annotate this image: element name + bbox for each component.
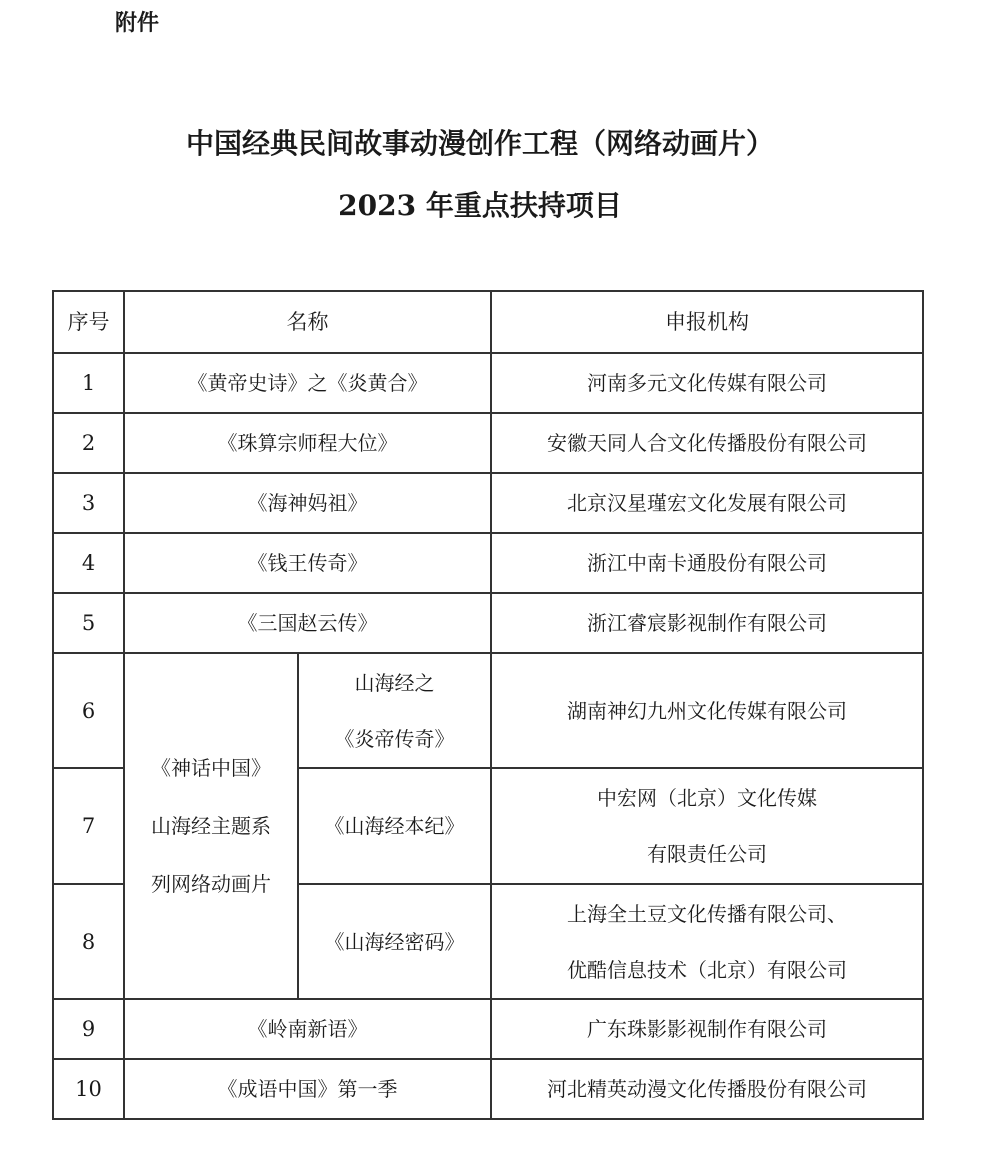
row-name: 《三国赵云传》 <box>124 593 491 653</box>
table-row: 1 《黄帝史诗》之《炎黄合》 河南多元文化传媒有限公司 <box>53 353 923 413</box>
header-no: 序号 <box>53 291 124 353</box>
row-org: 河南多元文化传媒有限公司 <box>491 353 923 413</box>
table-row: 10 《成语中国》第一季 河北精英动漫文化传播股份有限公司 <box>53 1059 923 1119</box>
row-org: 安徽天同人合文化传播股份有限公司 <box>491 413 923 473</box>
row-no: 9 <box>53 999 124 1059</box>
row-no: 2 <box>53 413 124 473</box>
group-name-cell: 《神话中国》 山海经主题系 列网络动画片 <box>124 653 298 999</box>
table-row: 9 《岭南新语》 广东珠影影视制作有限公司 <box>53 999 923 1059</box>
org-line: 有限责任公司 <box>492 826 922 882</box>
row-name: 《海神妈祖》 <box>124 473 491 533</box>
row-org: 河北精英动漫文化传播股份有限公司 <box>491 1059 923 1119</box>
row-org: 北京汉星瑾宏文化发展有限公司 <box>491 473 923 533</box>
projects-table: 序号 名称 申报机构 1 《黄帝史诗》之《炎黄合》 河南多元文化传媒有限公司 2… <box>52 290 924 1120</box>
header-name: 名称 <box>124 291 491 353</box>
header-org: 申报机构 <box>491 291 923 353</box>
table-header-row: 序号 名称 申报机构 <box>53 291 923 353</box>
row-no: 3 <box>53 473 124 533</box>
row-org: 浙江睿宸影视制作有限公司 <box>491 593 923 653</box>
row-org: 中宏网（北京）文化传媒 有限责任公司 <box>491 768 923 884</box>
document-subtitle: 2023 年重点扶持项目 <box>0 184 960 224</box>
document-title: 中国经典民间故事动漫创作工程（网络动画片） <box>0 122 960 162</box>
table-row: 5 《三国赵云传》 浙江睿宸影视制作有限公司 <box>53 593 923 653</box>
row-no: 10 <box>53 1059 124 1119</box>
row-name: 《钱王传奇》 <box>124 533 491 593</box>
row-name: 《成语中国》第一季 <box>124 1059 491 1119</box>
group-name-line: 《神话中国》 <box>125 739 297 797</box>
table-row: 2 《珠算宗师程大位》 安徽天同人合文化传播股份有限公司 <box>53 413 923 473</box>
org-line: 上海全土豆文化传播有限公司、 <box>492 886 922 942</box>
group-name-line: 山海经主题系 <box>125 797 297 855</box>
row-sub-name: 山海经之 《炎帝传奇》 <box>298 653 491 768</box>
group-name-line: 列网络动画片 <box>125 855 297 913</box>
table-row: 3 《海神妈祖》 北京汉星瑾宏文化发展有限公司 <box>53 473 923 533</box>
row-no: 4 <box>53 533 124 593</box>
org-line: 优酷信息技术（北京）有限公司 <box>492 942 922 998</box>
row-no: 8 <box>53 884 124 999</box>
org-line: 中宏网（北京）文化传媒 <box>492 770 922 826</box>
row-no: 7 <box>53 768 124 884</box>
row-org: 浙江中南卡通股份有限公司 <box>491 533 923 593</box>
row-org: 广东珠影影视制作有限公司 <box>491 999 923 1059</box>
row-name: 《黄帝史诗》之《炎黄合》 <box>124 353 491 413</box>
attachment-label: 附件 <box>115 6 159 37</box>
row-sub-name: 《山海经本纪》 <box>298 768 491 884</box>
row-name: 《岭南新语》 <box>124 999 491 1059</box>
sub-name-line: 《炎帝传奇》 <box>299 711 490 767</box>
row-org: 湖南神幻九州文化传媒有限公司 <box>491 653 923 768</box>
table-row: 6 《神话中国》 山海经主题系 列网络动画片 山海经之 《炎帝传奇》 湖南神幻九… <box>53 653 923 768</box>
sub-name-line: 山海经之 <box>299 655 490 711</box>
row-sub-name: 《山海经密码》 <box>298 884 491 999</box>
row-name: 《珠算宗师程大位》 <box>124 413 491 473</box>
row-no: 1 <box>53 353 124 413</box>
row-no: 6 <box>53 653 124 768</box>
table-row: 4 《钱王传奇》 浙江中南卡通股份有限公司 <box>53 533 923 593</box>
row-org: 上海全土豆文化传播有限公司、 优酷信息技术（北京）有限公司 <box>491 884 923 999</box>
row-no: 5 <box>53 593 124 653</box>
